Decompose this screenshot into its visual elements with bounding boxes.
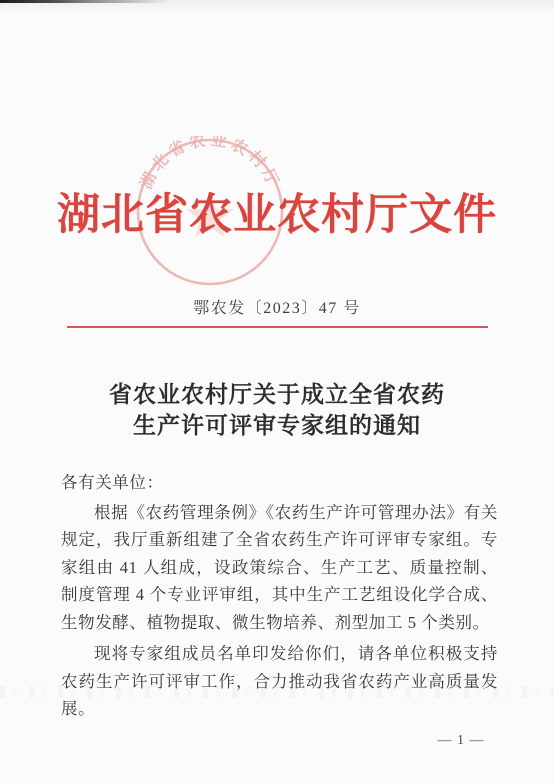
document-number: 鄂农发〔2023〕47 号 [0, 295, 554, 318]
scan-edge-artifact [0, 0, 170, 3]
page-number: — 1 — [418, 733, 504, 749]
body-paragraph-1: 根据《农药管理条例》《农药生产许可管理办法》有关规定，我厅重新组建了全省农药生产… [61, 499, 498, 637]
document-title-line1: 省农业农村厅关于成立全省农药 [0, 379, 554, 410]
agency-masthead-title: 湖北省农业农村厅文件 [0, 181, 554, 242]
document-title: 省农业农村厅关于成立全省农药 生产许可评审专家组的通知 [0, 379, 554, 441]
red-divider-line [67, 326, 488, 328]
document-title-line2: 生产许可评审专家组的通知 [0, 410, 554, 441]
document-page: 湖北省农业农村厅 湖北省农业农村厅文件 鄂农发〔2023〕47 号 省农业农村厅… [0, 0, 554, 784]
document-body: 各有关单位： 根据《农药管理条例》《农药生产许可管理办法》有关规定，我厅重新组建… [61, 469, 498, 727]
body-paragraph-2: 现将专家组成员名单印发给你们，请各单位积极支持农药生产许可评审工作，合力推动我省… [61, 640, 498, 723]
salutation: 各有关单位： [61, 469, 498, 497]
